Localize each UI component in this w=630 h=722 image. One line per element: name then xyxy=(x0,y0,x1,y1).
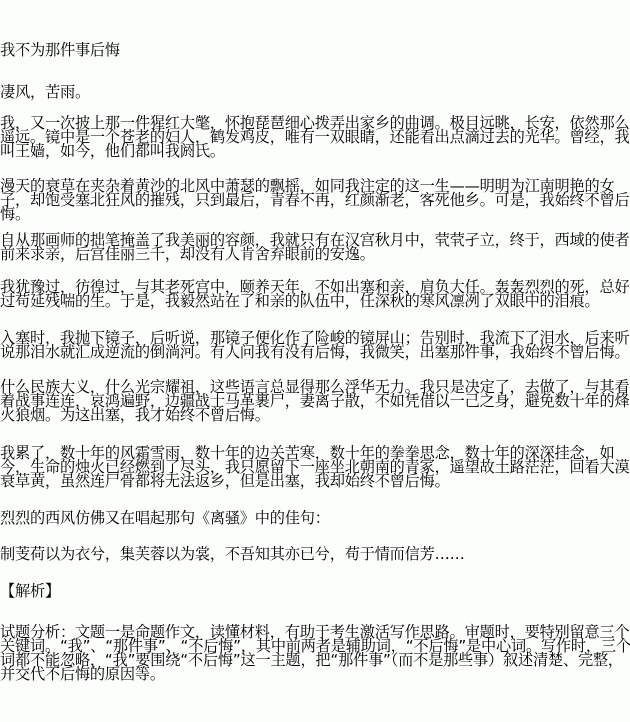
analysis-text: 试题分析：文题一是命题作文，读懂材料，有助于考生激活写作思路。审题时，要特别留意… xyxy=(0,625,630,681)
paragraph-3: 漫天的衰草在夹杂着黄沙的北风中萧瑟的飘摇，如同我注定的这一生——明明为江南明艳的… xyxy=(0,179,630,221)
paragraph-8: 我累了，数十年的风霜雪雨，数十年的边关苦寒，数十年的拳拳思念，数十年的深深挂念，… xyxy=(0,446,630,488)
essay-title: 我不为那件事后悔 xyxy=(0,43,630,57)
paragraph-9: 烈烈的西风仿佛又在唱起那句《离骚》中的佳句： xyxy=(0,511,630,525)
analysis-heading: 【解析】 xyxy=(0,584,630,598)
paragraph-1: 凄风，苦雨。 xyxy=(0,85,630,99)
paragraph-4: 自从那画师的拙笔掩盖了我美丽的容颜，我就只有在汉宫秋月中，茕茕孑立，终于，西域的… xyxy=(0,233,630,261)
paragraph-2: 我，又一次披上那一件猩红大氅，怀抱琵琶细心拨弄出家乡的曲调。极目远眺，长安，依然… xyxy=(0,116,630,158)
paragraph-6: 入塞时，我抛下镜子，后听说，那镜子便化作了险峻的镜屏山；告别时，我流下了泪水，后… xyxy=(0,331,630,359)
poem-quote: 制芰荷以为衣兮，集芙蓉以为裳，不吾知其亦已兮，苟于情而信芳…… xyxy=(0,547,630,561)
paragraph-7: 什么民族大义，什么光宗耀祖，这些语言总显得那么浮华无力。我只是决定了，去做了，与… xyxy=(0,380,630,422)
paragraph-5: 我犹豫过，彷徨过，与其老死宫中，颐养天年，不如出塞和亲，肩负大任。轰轰烈烈的死，… xyxy=(0,280,630,308)
